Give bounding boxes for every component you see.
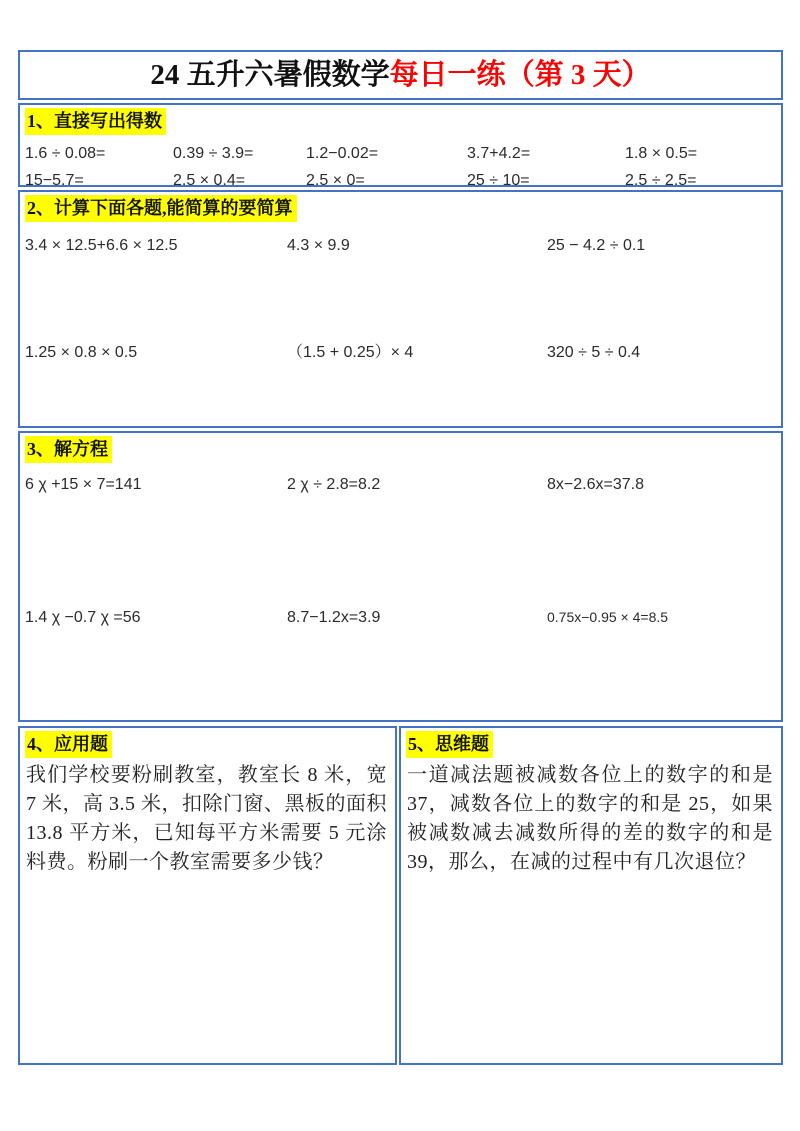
section-4-word-problem: 4、应用题 我们学校要粉刷教室，教室长 8 米，宽 7 米，高 3.5 米，扣除… [18, 726, 397, 1065]
section-3-row-2: 1.4 χ −0.7 χ =56 8.7−1.2x=3.9 0.75x−0.95… [20, 604, 781, 631]
section-5-thinking-problem: 5、思维题 一道减法题被减数各位上的数字的和是 37，减数各位上的数字的和是 2… [399, 726, 783, 1065]
section-3-equations: 3、解方程 6 χ +15 × 7=141 2 χ ÷ 2.8=8.2 8x−2… [18, 431, 783, 722]
problem: 0.39 ÷ 3.9= [173, 140, 306, 167]
equation: 0.75x−0.95 × 4=8.5 [547, 604, 777, 631]
title-red-part: 每日一练（第 3 天） [390, 59, 651, 91]
section-4-problem-text: 我们学校要粉刷教室，教室长 8 米，宽 7 米，高 3.5 米，扣除门窗、黑板的… [26, 761, 387, 877]
problem: 1.2−0.02= [306, 140, 467, 167]
section-2-heading-label: 2、计算下面各题,能简算的要简算 [25, 195, 297, 222]
section-3-heading: 3、解方程 [20, 433, 781, 463]
section-3-heading-label: 3、解方程 [25, 436, 112, 463]
problem: 320 ÷ 5 ÷ 0.4 [547, 339, 777, 366]
section-2-heading: 2、计算下面各题,能简算的要简算 [20, 192, 781, 222]
worksheet-title: 24 五升六暑假数学每日一练（第 3 天） [18, 50, 783, 100]
section-2-calculation: 2、计算下面各题,能简算的要简算 3.4 × 12.5+6.6 × 12.5 4… [18, 190, 783, 428]
section-5-problem-text: 一道减法题被减数各位上的数字的和是 37，减数各位上的数字的和是 25，如果被减… [407, 761, 773, 877]
problem: 1.25 × 0.8 × 0.5 [25, 339, 287, 366]
section-1-direct-calculation: 1、直接写出得数 1.6 ÷ 0.08= 0.39 ÷ 3.9= 1.2−0.0… [18, 103, 783, 187]
title-black-part: 24 五升六暑假数学 [150, 59, 389, 91]
equation: 2 χ ÷ 2.8=8.2 [287, 471, 547, 498]
problem: 1.8 × 0.5= [625, 140, 775, 167]
section-1-row-1: 1.6 ÷ 0.08= 0.39 ÷ 3.9= 1.2−0.02= 3.7+4.… [20, 140, 781, 167]
equation: 6 χ +15 × 7=141 [25, 471, 287, 498]
equation: 8.7−1.2x=3.9 [287, 604, 547, 631]
problem: 3.4 × 12.5+6.6 × 12.5 [25, 232, 287, 259]
section-1-heading: 1、直接写出得数 [20, 105, 781, 135]
problem: （1.5 + 0.25）× 4 [287, 339, 547, 366]
section-2-row-2: 1.25 × 0.8 × 0.5 （1.5 + 0.25）× 4 320 ÷ 5… [20, 339, 781, 366]
worksheet-page: 24 五升六暑假数学每日一练（第 3 天） 1、直接写出得数 1.6 ÷ 0.0… [0, 0, 800, 1131]
section-4-heading-label: 4、应用题 [25, 731, 112, 758]
problem: 1.6 ÷ 0.08= [25, 140, 173, 167]
equation: 1.4 χ −0.7 χ =56 [25, 604, 287, 631]
section-4-heading: 4、应用题 [20, 728, 395, 758]
section-5-heading-label: 5、思维题 [406, 731, 493, 758]
section-1-heading-label: 1、直接写出得数 [25, 108, 166, 135]
section-2-row-1: 3.4 × 12.5+6.6 × 12.5 4.3 × 9.9 25 − 4.2… [20, 232, 781, 259]
section-3-row-1: 6 χ +15 × 7=141 2 χ ÷ 2.8=8.2 8x−2.6x=37… [20, 471, 781, 498]
problem: 25 − 4.2 ÷ 0.1 [547, 232, 777, 259]
equation: 8x−2.6x=37.8 [547, 471, 777, 498]
section-5-heading: 5、思维题 [401, 728, 781, 758]
problem: 3.7+4.2= [467, 140, 625, 167]
problem: 4.3 × 9.9 [287, 232, 547, 259]
